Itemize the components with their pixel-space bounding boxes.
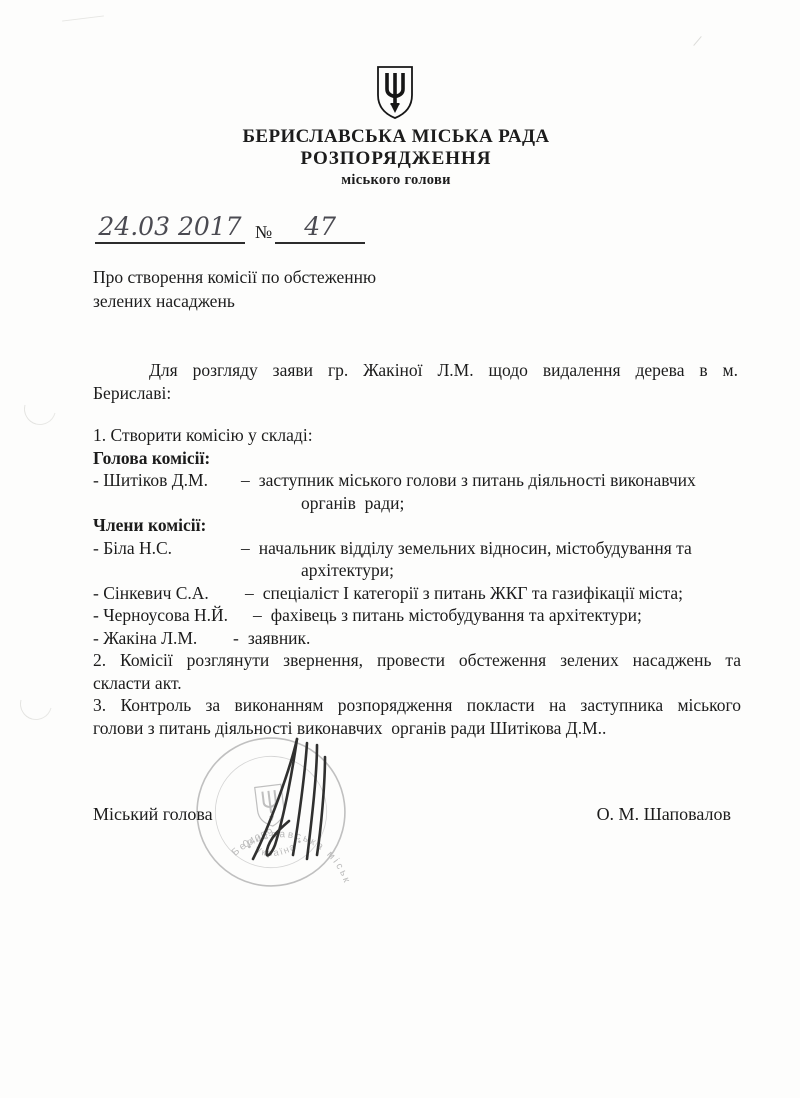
subject-line-1: Про створення комісії по обстеженню <box>93 265 376 289</box>
date-field: 24.03 2017 <box>95 212 245 244</box>
dash-separator: – <box>245 582 254 605</box>
signer-position: Міський голова <box>93 804 213 825</box>
document-type-title: РОЗПОРЯДЖЕННЯ <box>0 148 792 170</box>
subject-line-2: зелених насаджень <box>93 289 376 313</box>
item-2-line-1: 2. Комісії розглянути звернення, провест… <box>93 649 741 672</box>
member-row: - Жакіна Л.М. - заявник. <box>93 627 741 650</box>
member-role: заявник. <box>248 627 741 650</box>
number-field: 47 <box>275 212 365 244</box>
ukraine-trident-emblem-icon <box>373 64 417 122</box>
scan-artifact-mark <box>693 36 701 46</box>
intro-paragraph: Для розгляду заяви гр. Жакіної Л.М. щодо… <box>93 359 738 404</box>
item-3-line-1: 3. Контроль за виконанням розпорядження … <box>93 694 741 717</box>
commission-members-label: Члени комісії: <box>93 514 741 537</box>
scan-artifact-arc <box>18 387 62 431</box>
member-row: - Біла Н.С. – начальник відділу земельни… <box>93 537 741 560</box>
scan-artifact-arc <box>14 682 58 726</box>
requisites-line: 24.03 2017 № 47 <box>95 212 365 244</box>
document-author-subtitle: міського голови <box>0 172 792 189</box>
dash-separator: - <box>233 627 239 650</box>
dash-separator: – <box>241 469 250 492</box>
signature-row: Міський голова О. М. Шаповалов <box>93 804 731 825</box>
item-2-line-2: скласти акт. <box>93 672 741 695</box>
dash-separator: – <box>241 537 250 560</box>
member-name: - Біла Н.С. <box>93 537 241 560</box>
member-name: - Сінкевич С.А. <box>93 582 245 605</box>
number-sign-label: № <box>255 222 272 244</box>
head-of-commission-label: Голова комісії: <box>93 447 741 470</box>
handwritten-date: 24.03 2017 <box>98 212 241 241</box>
member-role: спеціаліст І категорії з питань ЖКГ та г… <box>263 582 741 605</box>
intro-line-1: Для розгляду заяви гр. Жакіної Л.М. щодо… <box>93 359 738 382</box>
signer-name: О. М. Шаповалов <box>597 804 731 825</box>
item-3-line-2: голови з питань діяльності виконавчих ор… <box>93 717 741 740</box>
member-row: - Черноусова Н.Й. – фахівець з питань мі… <box>93 604 741 627</box>
scan-artifact-smudge <box>62 15 104 21</box>
member-row: - Сінкевич С.А. – спеціаліст І категорії… <box>93 582 741 605</box>
intro-line-2: Бериславі: <box>93 382 738 405</box>
mayor-signature <box>237 733 329 873</box>
organization-name: БЕРИСЛАВСЬКА МІСЬКА РАДА <box>0 126 792 148</box>
member-role-continuation: архітектури; <box>93 559 741 582</box>
subject-block: Про створення комісії по обстеженню зеле… <box>93 265 376 313</box>
member-name: - Шитіков Д.М. <box>93 469 241 492</box>
member-role-continuation: органів ради; <box>93 492 741 515</box>
member-role: фахівець з питань містобудування та архі… <box>271 604 741 627</box>
member-name: - Жакіна Л.М. <box>93 627 233 650</box>
member-role: заступник міського голови з питань діяль… <box>259 469 741 492</box>
dash-separator: – <box>253 604 262 627</box>
commission-head-row: - Шитіков Д.М. – заступник міського голо… <box>93 469 741 492</box>
member-name: - Черноусова Н.Й. <box>93 604 253 627</box>
item-1: 1. Створити комісію у складі: <box>93 424 741 447</box>
handwritten-number: 47 <box>304 212 336 241</box>
scanned-document-page: БЕРИСЛАВСЬКА МІСЬКА РАДА РОЗПОРЯДЖЕННЯ м… <box>0 0 800 1098</box>
member-role: начальник відділу земельних відносин, мі… <box>259 537 741 560</box>
order-items: 1. Створити комісію у складі: Голова ком… <box>93 424 741 739</box>
